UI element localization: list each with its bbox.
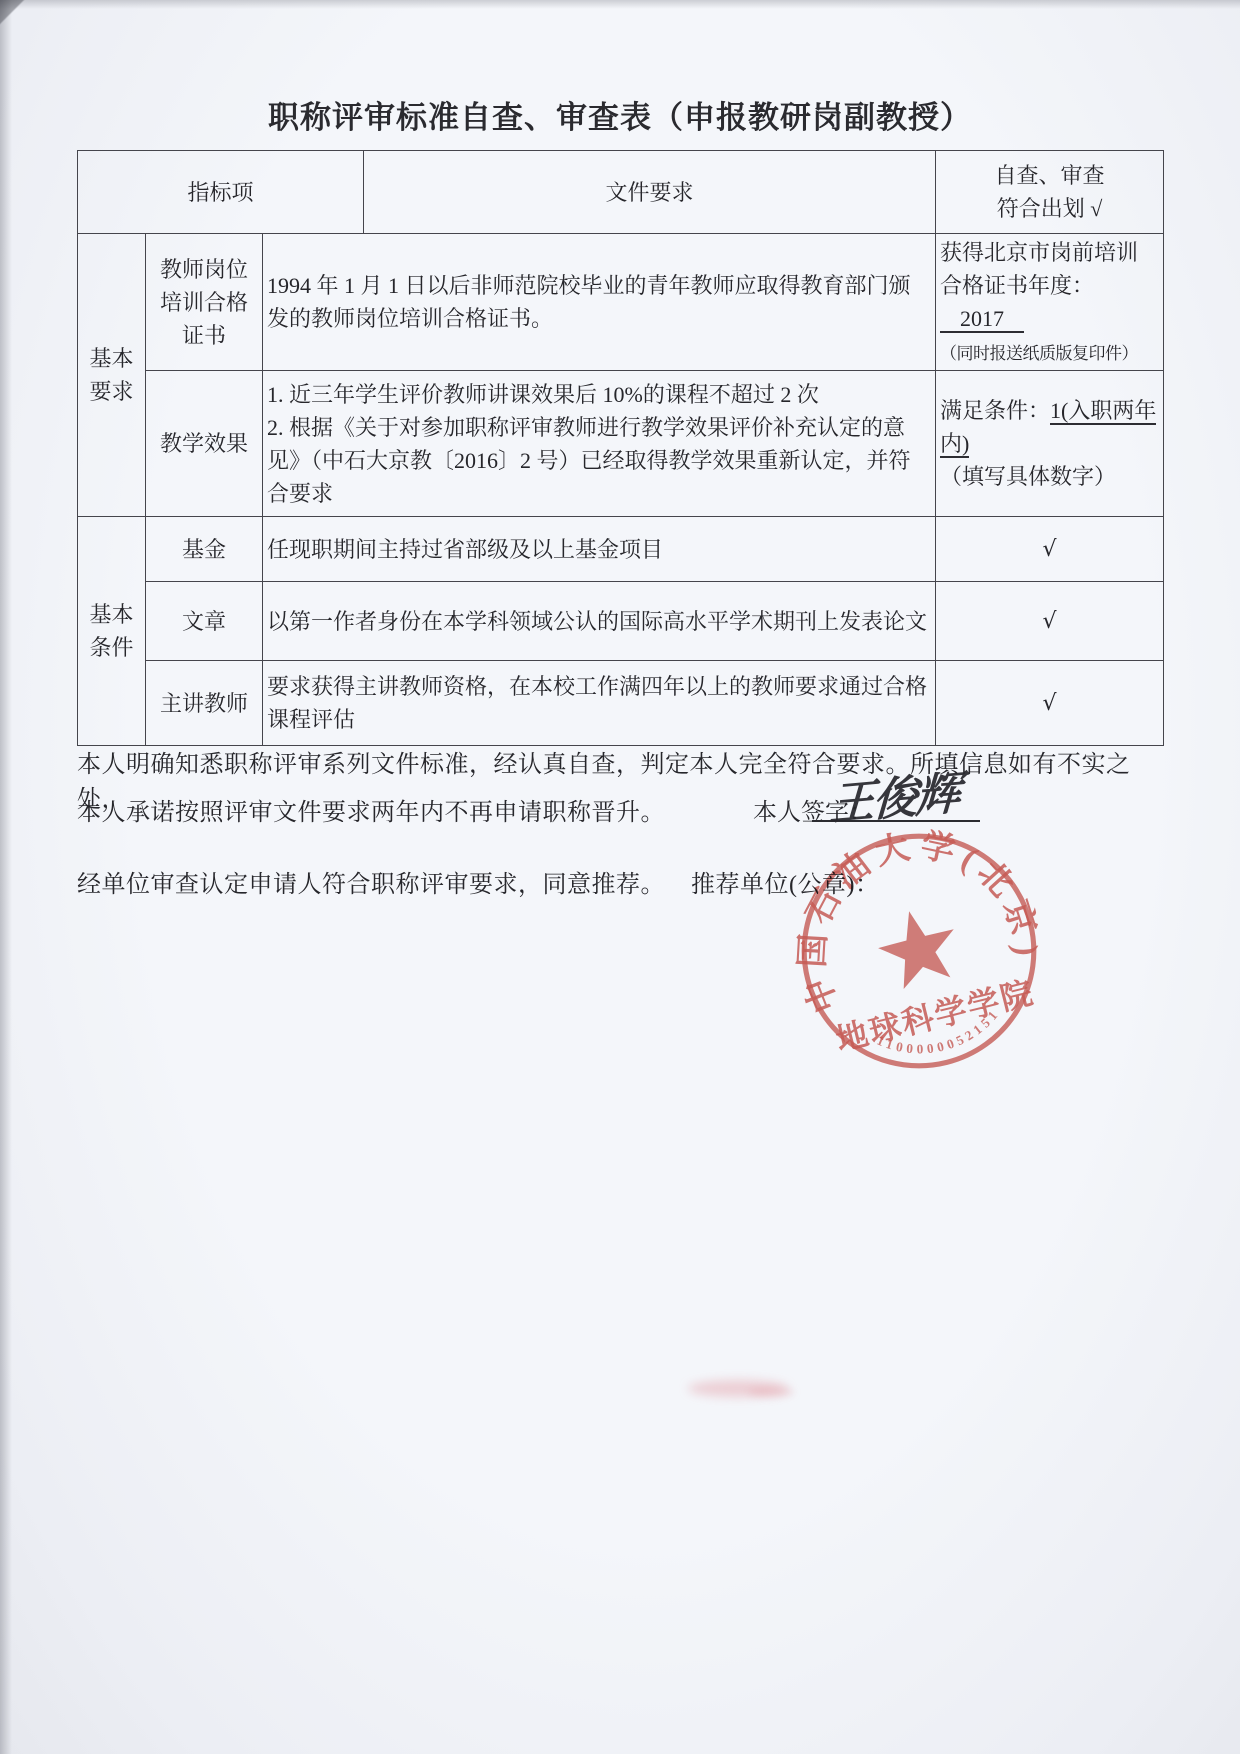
declaration-line2: 本人承诺按照评审文件要求两年内不再申请职称晋升。: [77, 792, 665, 827]
table-row: 文章 以第一作者身份在本学科领域公认的国际高水平学术期刊上发表论文 √: [78, 582, 1164, 661]
check-cert: 获得北京市岗前培训合格证书年度：2017 （同时报送纸质版复印件）: [936, 234, 1164, 371]
checkmark-paper: √: [936, 582, 1164, 661]
header-check-line2: 符合出划 √: [940, 192, 1159, 225]
item-fund: 基金: [146, 517, 263, 582]
header-requirement: 文件要求: [364, 151, 936, 234]
check-cert-prefix: 获得北京市岗前培训合格证书年度：: [940, 240, 1138, 298]
requirement-teaching-line2: 2. 根据《关于对参加职称评审教师进行教学效果评价补充认定的意见》（中石大京教〔…: [267, 411, 931, 510]
header-check: 自查、审查 符合出划 √: [936, 151, 1164, 234]
check-teaching-note: （填写具体数字）: [940, 464, 1116, 489]
table-row: 主讲教师 要求获得主讲教师资格，在本校工作满四年以上的教师要求通过合格课程评估 …: [78, 661, 1164, 746]
header-check-line1: 自查、审查: [940, 159, 1159, 192]
scan-edge-artifact: [0, 0, 12, 1754]
header-indicator: 指标项: [78, 151, 364, 234]
requirement-lecturer: 要求获得主讲教师资格，在本校工作满四年以上的教师要求通过合格课程评估: [263, 661, 936, 746]
item-cert: 教师岗位培训合格证书: [146, 234, 263, 371]
item-paper: 文章: [146, 582, 263, 661]
item-teaching: 教学效果: [146, 371, 263, 517]
signature-underline: 王俊辉: [812, 756, 980, 822]
group-basic-requirements: 基本要求: [78, 234, 146, 517]
table-row: 基本条件 基金 任现职期间主持过省部级及以上基金项目 √: [78, 517, 1164, 582]
item-lecturer: 主讲教师: [146, 661, 263, 746]
stamp-graphic: 中国石油大学(北京) 地球科学学院 1100000052151: [770, 802, 1068, 1100]
group-basic-conditions: 基本条件: [78, 517, 146, 746]
self-check-table: 指标项 文件要求 自查、审查 符合出划 √ 基本要求 教师岗位培训合格证书 19…: [77, 150, 1164, 746]
page-title: 职称评审标准自查、审查表（申报教研岗副教授）: [0, 92, 1240, 137]
star-icon: [871, 902, 965, 993]
requirement-teaching-line1: 1. 近三年学生评价教师讲课效果后 10%的课程不超过 2 次: [267, 378, 931, 411]
scan-corner-artifact: [0, 0, 30, 30]
requirement-teaching: 1. 近三年学生评价教师讲课效果后 10%的课程不超过 2 次 2. 根据《关于…: [263, 371, 936, 517]
table-row: 基本要求 教师岗位培训合格证书 1994 年 1 月 1 日以后非师范院校毕业的…: [78, 234, 1164, 371]
scan-edge-artifact: [0, 0, 1240, 9]
table-row: 教学效果 1. 近三年学生评价教师讲课效果后 10%的课程不超过 2 次 2. …: [78, 371, 1164, 517]
requirement-paper: 以第一作者身份在本学科领域公认的国际高水平学术期刊上发表论文: [263, 582, 936, 661]
requirement-fund: 任现职期间主持过省部级及以上基金项目: [263, 517, 936, 582]
pink-smudge-artifact: [748, 1387, 794, 1397]
requirement-cert: 1994 年 1 月 1 日以后非师范院校毕业的青年教师应取得教育部门颁发的教师…: [263, 234, 936, 371]
table-header-row: 指标项 文件要求 自查、审查 符合出划 √: [78, 151, 1164, 234]
checkmark-fund: √: [936, 517, 1164, 582]
check-cert-year-value: 2017: [940, 306, 1024, 333]
scanned-form-page: 职称评审标准自查、审查表（申报教研岗副教授） 指标项 文件要求 自查、审查 符合…: [0, 0, 1240, 1754]
recommendation-line: 经单位审查认定申请人符合职称评审要求，同意推荐。推荐单位(公章)：: [77, 864, 879, 899]
official-stamp: 中国石油大学(北京) 地球科学学院 1100000052151: [770, 802, 1068, 1100]
check-teaching: 满足条件：1(入职两年内) （填写具体数字）: [936, 371, 1164, 517]
check-teaching-prefix: 满足条件：: [940, 398, 1050, 423]
recommendation-text: 经单位审查认定申请人符合职称评审要求，同意推荐。: [77, 872, 665, 898]
checkmark-lecturer: √: [936, 661, 1164, 746]
check-cert-note: （同时报送纸质版复印件）: [940, 341, 1138, 367]
